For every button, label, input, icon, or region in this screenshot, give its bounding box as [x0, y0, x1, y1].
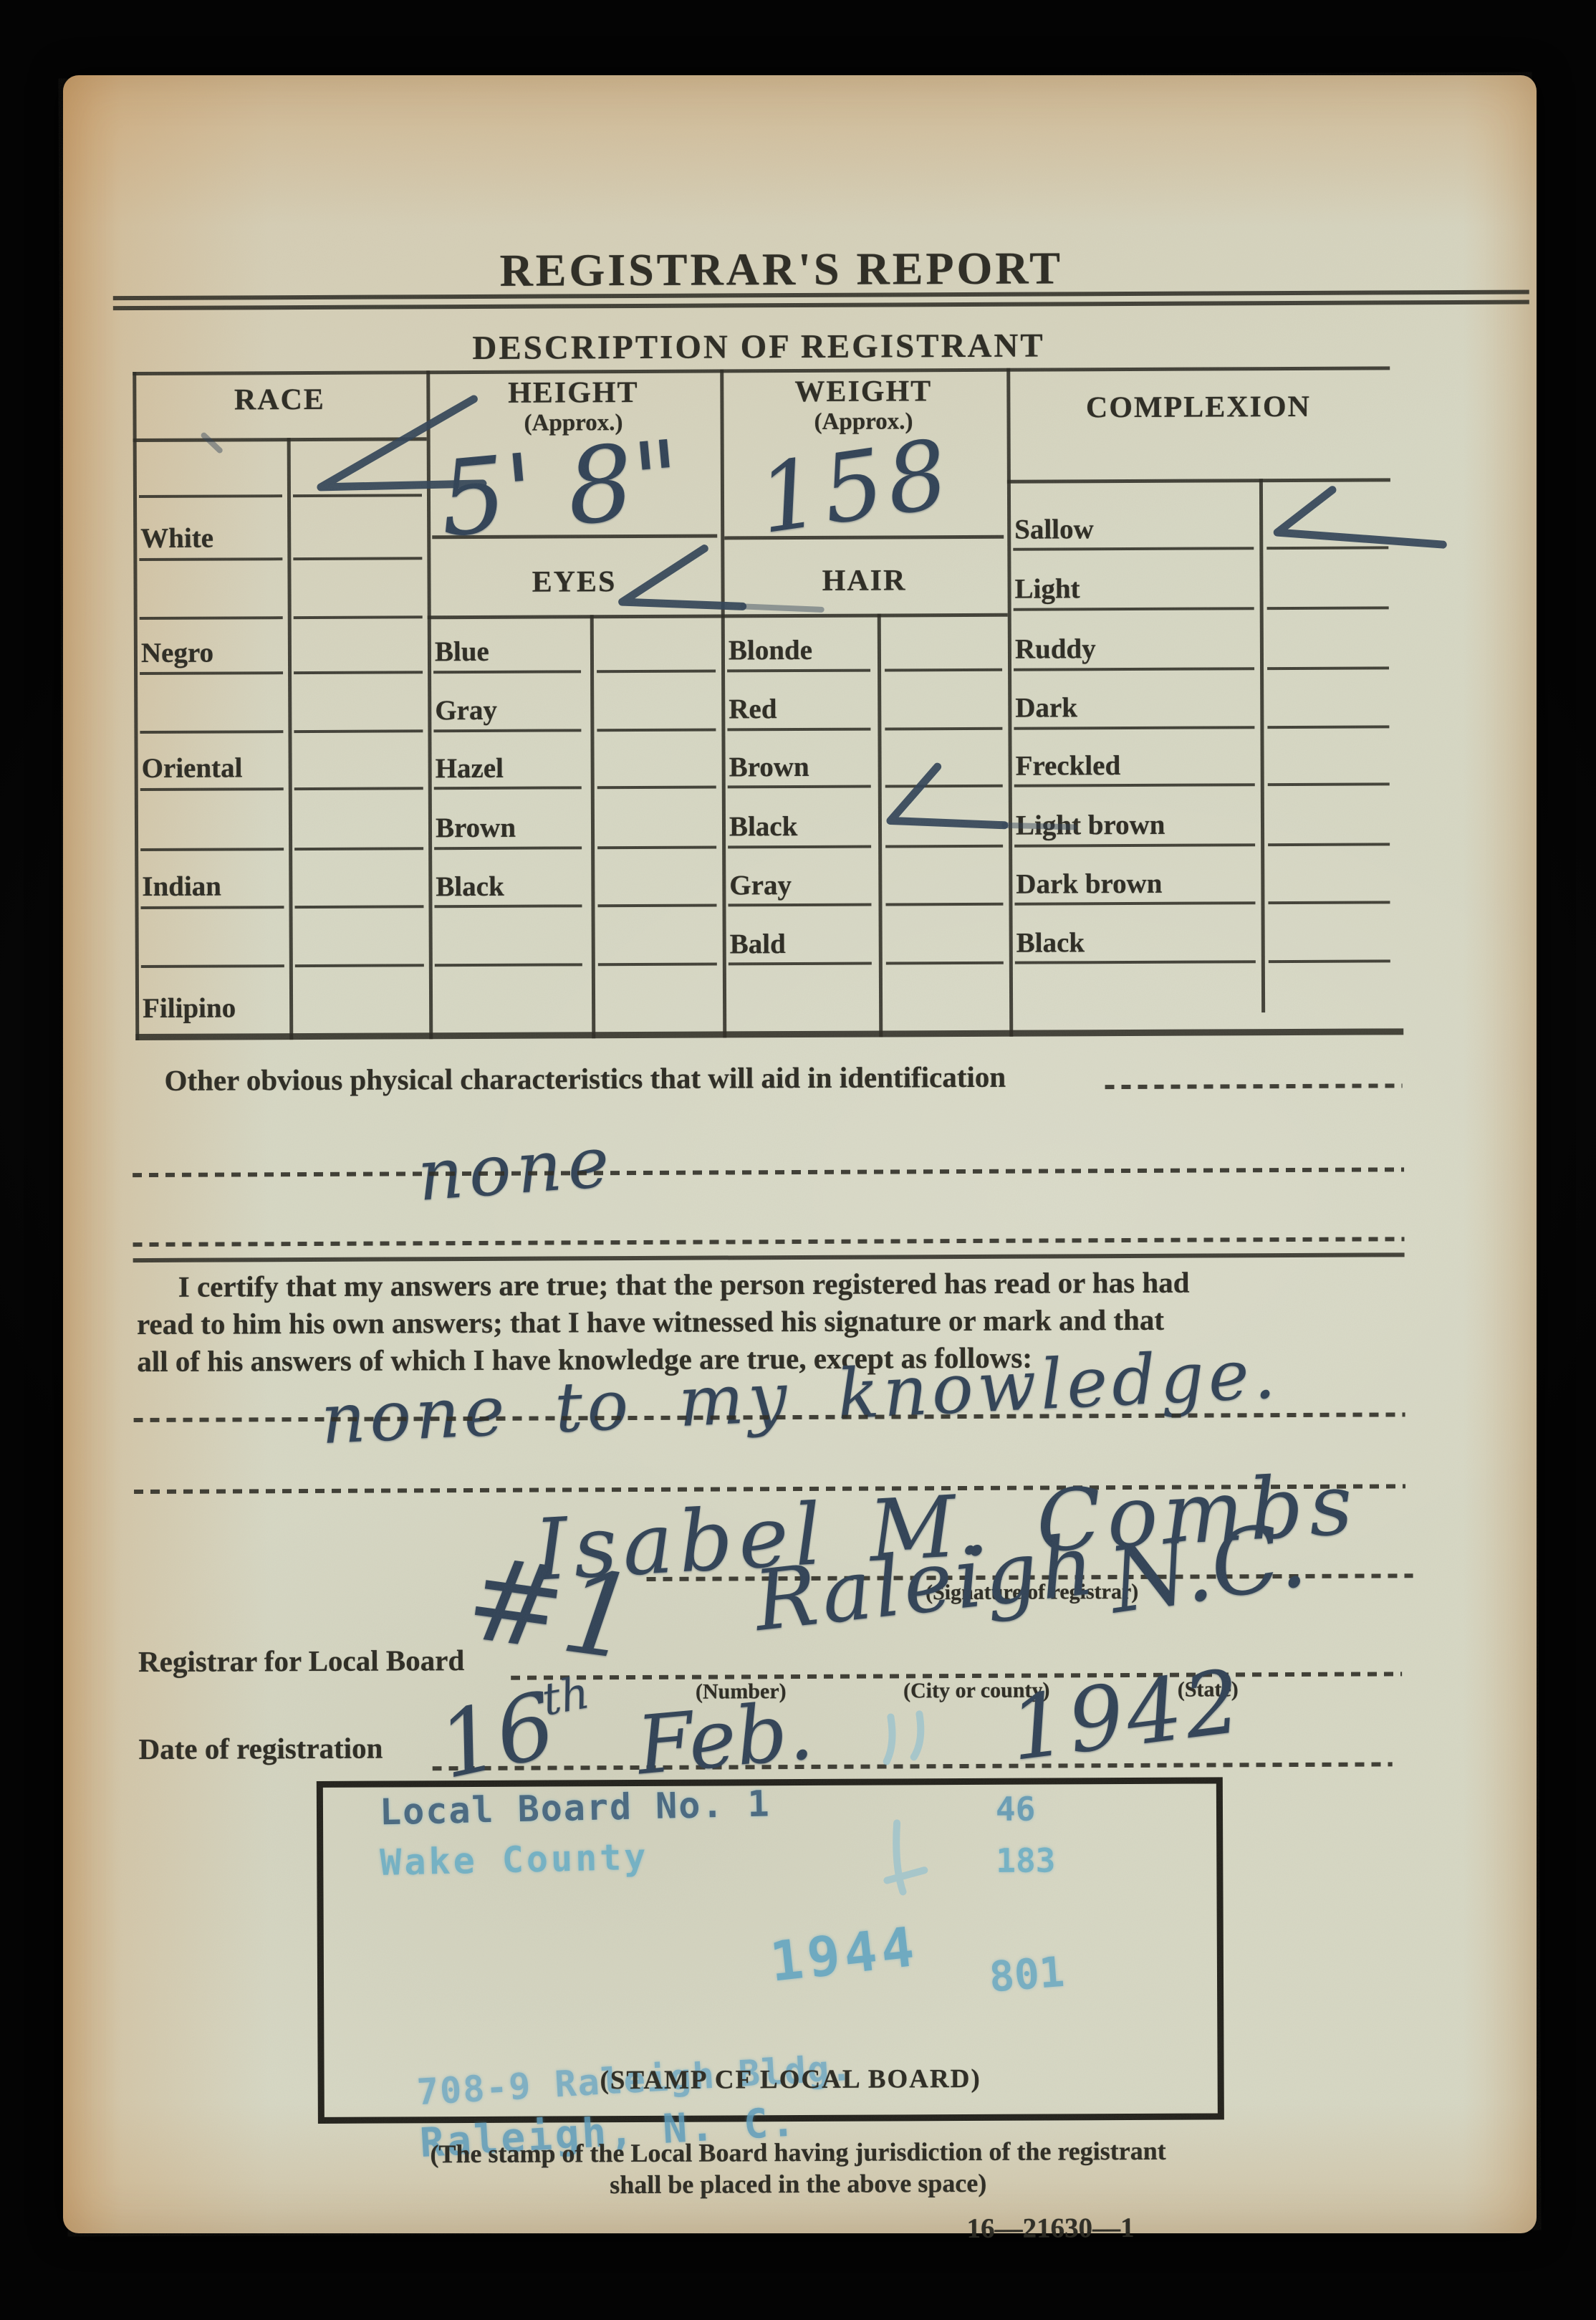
page-title: REGISTRAR'S REPORT — [499, 242, 1015, 297]
registrar-board-label: Registrar for Local Board — [138, 1643, 464, 1679]
height-value: 5' 8" — [435, 418, 686, 560]
hair-option-blonde: Blonde — [729, 634, 812, 667]
rule — [294, 671, 423, 674]
rule — [727, 728, 870, 732]
dashed-line — [133, 1237, 1405, 1247]
race-option-white: White — [140, 522, 213, 555]
rule — [885, 668, 1002, 672]
hair-option-bald: Bald — [730, 928, 786, 960]
eyes-option-gray: Gray — [435, 694, 497, 727]
race-header: RACE — [133, 382, 426, 418]
rule — [597, 904, 716, 908]
registrar-report-card: REGISTRAR'S REPORT DESCRIPTION OF REGIST… — [63, 75, 1537, 2233]
hair-option-gray: Gray — [729, 869, 792, 901]
race-option-negro: Negro — [141, 637, 213, 669]
rule — [294, 615, 423, 619]
rule — [140, 906, 284, 909]
complexion-option-ruddy: Ruddy — [1015, 633, 1096, 665]
complexion-header: COMPLEXION — [1006, 389, 1390, 425]
rule — [1267, 725, 1389, 729]
certification-line-2: read to him his own answers; that I have… — [137, 1303, 1164, 1341]
characteristics-value: none — [415, 1121, 617, 1217]
form-number: 16—21630—1 — [966, 2212, 1134, 2245]
rule — [727, 669, 870, 673]
rule — [1268, 901, 1390, 904]
rule — [1268, 843, 1390, 846]
rule — [294, 729, 423, 733]
rule — [294, 787, 423, 790]
section-heading: DESCRIPTION OF REGISTRANT — [472, 326, 1045, 367]
rule — [293, 557, 422, 560]
rule — [885, 903, 1003, 906]
complexion-option-dark-brown: Dark brown — [1016, 868, 1162, 901]
eyes-subdivider — [590, 615, 596, 1038]
rule — [885, 845, 1003, 848]
stamp-code: 801 — [988, 1947, 1067, 2002]
rule — [140, 848, 284, 851]
stamp-note-line-2: shall be placed in the above space) — [168, 2166, 1428, 2202]
rule — [139, 557, 282, 561]
scanned-document-background: REGISTRAR'S REPORT DESCRIPTION OF REGIST… — [0, 0, 1596, 2320]
rule — [1014, 726, 1254, 729]
eyes-option-hazel: Hazel — [436, 752, 504, 785]
rule — [434, 904, 582, 908]
rule — [597, 786, 716, 790]
rule — [139, 494, 282, 498]
complexion-option-freckled: Freckled — [1016, 749, 1121, 782]
rule — [434, 786, 582, 790]
rule — [886, 962, 1004, 965]
rule — [1267, 666, 1389, 670]
board-number-value: #1 — [459, 1530, 645, 1686]
hair-option-red: Red — [729, 693, 777, 725]
dashed-line — [133, 1167, 1404, 1177]
date-day-suffix: th — [538, 1666, 593, 1725]
registration-date-label: Date of registration — [139, 1731, 383, 1766]
section-divider-rule — [133, 1252, 1405, 1262]
rule — [294, 847, 423, 850]
rule — [293, 494, 422, 497]
rule — [433, 729, 581, 732]
height-header: HEIGHT — [426, 375, 720, 411]
title-rule-bottom — [113, 300, 1529, 311]
rule — [1013, 547, 1254, 550]
certification-line-1: I certify that my answers are true; that… — [178, 1265, 1190, 1304]
race-header-underline — [133, 437, 427, 442]
stamp-board-number: 46 — [996, 1790, 1036, 1828]
rule — [295, 964, 424, 967]
date-year-value: 1942 — [1004, 1650, 1249, 1780]
rule — [140, 730, 283, 734]
eyes-header: EYES — [427, 564, 721, 600]
complexion-option-light: Light — [1014, 572, 1080, 605]
rule — [1014, 607, 1254, 610]
rule — [1266, 546, 1388, 550]
rule — [140, 616, 283, 620]
race-option-filipino: Filipino — [143, 992, 236, 1025]
rule — [885, 727, 1002, 731]
rule — [1014, 843, 1255, 847]
eyes-option-blue: Blue — [435, 636, 489, 668]
hair-option-brown: Brown — [729, 751, 809, 783]
dashed-line — [1105, 1083, 1403, 1089]
stamp-county-number: 183 — [996, 1841, 1055, 1879]
stamp-county-line: Wake County — [380, 1836, 649, 1884]
checkmark-light-complexion-icon — [1277, 489, 1443, 545]
rule — [728, 845, 871, 849]
rule — [1268, 782, 1390, 786]
complexion-option-sallow: Sallow — [1014, 513, 1094, 545]
eyes-hair-divider — [720, 369, 726, 1037]
hair-option-black: Black — [729, 810, 798, 843]
stamp-board-line: Local Board No. 1 — [379, 1783, 771, 1833]
stamp-note-line-1: (The stamp of the Local Board having jur… — [168, 2134, 1428, 2170]
rule — [597, 729, 716, 732]
rule — [1269, 959, 1390, 963]
rule — [597, 670, 716, 674]
rule — [729, 962, 872, 966]
eyes-header-underline — [428, 614, 721, 619]
rule — [294, 905, 423, 909]
hair-header: HAIR — [721, 563, 1007, 599]
rule — [1267, 606, 1389, 610]
rule — [433, 670, 581, 674]
race-subdivider — [287, 438, 294, 1040]
rule — [434, 846, 582, 850]
dashed-line — [433, 1762, 1393, 1770]
complexion-header-underline — [1007, 478, 1390, 483]
hair-subdivider — [878, 613, 883, 1037]
rule — [140, 787, 284, 791]
rule — [728, 785, 871, 789]
rule — [141, 964, 284, 968]
rule — [140, 671, 283, 675]
stamp-box-caption: (STAMP CF LOCAL BOARD) — [511, 2063, 1070, 2096]
date-month-value: Feb. — [633, 1684, 817, 1793]
characteristics-label: Other obvious physical characteristics t… — [164, 1060, 1006, 1098]
rule — [597, 846, 716, 850]
checkmark-gray-hair-icon — [890, 767, 1004, 826]
rule — [728, 903, 871, 907]
table-top-rule — [133, 366, 1390, 375]
rule — [1014, 667, 1254, 671]
rule — [435, 963, 582, 967]
rule — [598, 963, 717, 967]
rule — [885, 785, 1003, 788]
hair-complexion-divider — [1006, 368, 1013, 1037]
race-eyes-divider — [426, 370, 433, 1039]
table-left-border — [133, 372, 139, 1040]
complexion-option-dark: Dark — [1015, 691, 1077, 724]
eyes-option-black: Black — [436, 871, 504, 903]
race-option-oriental: Oriental — [142, 752, 243, 785]
race-option-indian: Indian — [142, 871, 221, 903]
eyes-option-brown: Brown — [436, 812, 516, 844]
complexion-option-black: Black — [1016, 926, 1085, 959]
rule — [1015, 960, 1256, 964]
weight-header: WEIGHT — [720, 374, 1006, 410]
rule — [1014, 783, 1255, 787]
hair-header-underline — [721, 613, 1008, 618]
rule — [1014, 901, 1255, 905]
complexion-option-light-brown: Light brown — [1016, 809, 1165, 842]
table-bottom-rule — [135, 1028, 1403, 1040]
complexion-subdivider — [1259, 479, 1265, 1012]
